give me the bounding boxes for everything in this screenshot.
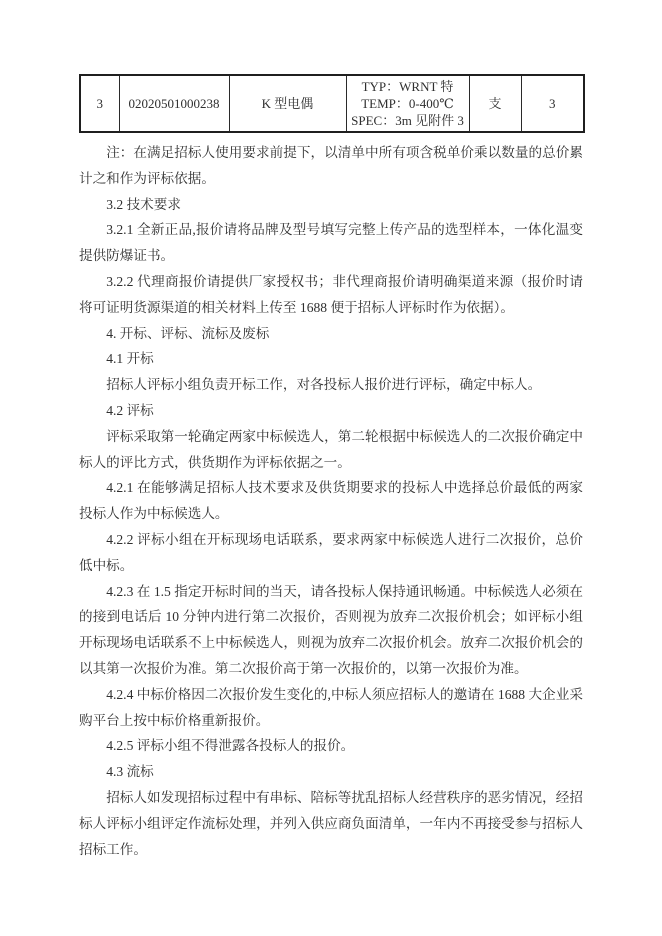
clause-4-2-5: 4.2.5 评标小组不得泄露各投标人的报价。 — [79, 733, 583, 759]
clause-4-2-4: 4.2.4 中标价格因二次报价发生变化的,中标人须应招标人的邀请在 1688 大… — [79, 682, 583, 734]
spec-line-temp: TEMP：0-400℃ — [348, 95, 468, 112]
seq-cell: 3 — [80, 75, 119, 132]
item-name-cell: K 型电偶 — [229, 75, 346, 132]
clause-4-2-body: 评标采取第一轮确定两家中标候选人，第二轮根据中标候选人的二次报价确定中标人的评比… — [79, 424, 583, 476]
document-page: 3 02020501000238 K 型电偶 TYP：WRNT 特 TEMP：0… — [0, 0, 662, 936]
items-table: 3 02020501000238 K 型电偶 TYP：WRNT 特 TEMP：0… — [79, 74, 585, 133]
table-row: 3 02020501000238 K 型电偶 TYP：WRNT 特 TEMP：0… — [80, 75, 584, 132]
clause-3-2-1: 3.2.1 全新正品,报价请将品牌及型号填写完整上传产品的选型样本，一体化温变提… — [79, 217, 583, 269]
clause-4-2-3: 4.2.3 在 1.5 指定开标时间的当天，请各投标人保持通讯畅通。中标候选人必… — [79, 579, 583, 682]
heading-4-2-evaluation: 4.2 评标 — [79, 398, 583, 424]
unit-cell: 支 — [469, 75, 521, 132]
heading-3-2-technical-requirements: 3.2 技术要求 — [79, 192, 583, 218]
page-content: 3 02020501000238 K 型电偶 TYP：WRNT 特 TEMP：0… — [0, 0, 662, 862]
body-text: 注：在满足招标人使用要求前提下，以清单中所有项含税单价乘以数量的总价累计之和作为… — [79, 140, 583, 862]
quantity-cell: 3 — [521, 75, 584, 132]
material-code-cell: 02020501000238 — [119, 75, 229, 132]
heading-4-3-failed-bid: 4.3 流标 — [79, 759, 583, 785]
clause-4-3-body: 招标人如发现招标过程中有串标、陪标等扰乱招标人经营秩序的恶劣情况，经招标人评标小… — [79, 785, 583, 862]
spec-line-spec: SPEC：3m 见附件 3 — [348, 112, 468, 129]
clause-4-2-2: 4.2.2 评标小组在开标现场电话联系，要求两家中标候选人进行二次报价，总价低中… — [79, 527, 583, 579]
clause-3-2-2: 3.2.2 代理商报价请提供厂家授权书；非代理商报价请明确渠道来源（报价时请将可… — [79, 269, 583, 321]
heading-4-bid-opening-evaluation: 4. 开标、评标、流标及废标 — [79, 321, 583, 347]
spec-line-typ: TYP：WRNT 特 — [348, 78, 468, 95]
note-paragraph: 注：在满足招标人使用要求前提下，以清单中所有项含税单价乘以数量的总价累计之和作为… — [79, 140, 583, 192]
clause-4-1-body: 招标人评标小组负责开标工作，对各投标人报价进行评标，确定中标人。 — [79, 372, 583, 398]
clause-4-2-1: 4.2.1 在能够满足招标人技术要求及供货期要求的投标人中选择总价最低的两家投标… — [79, 475, 583, 527]
spec-cell: TYP：WRNT 特 TEMP：0-400℃ SPEC：3m 见附件 3 — [346, 75, 469, 132]
heading-4-1-bid-opening: 4.1 开标 — [79, 346, 583, 372]
